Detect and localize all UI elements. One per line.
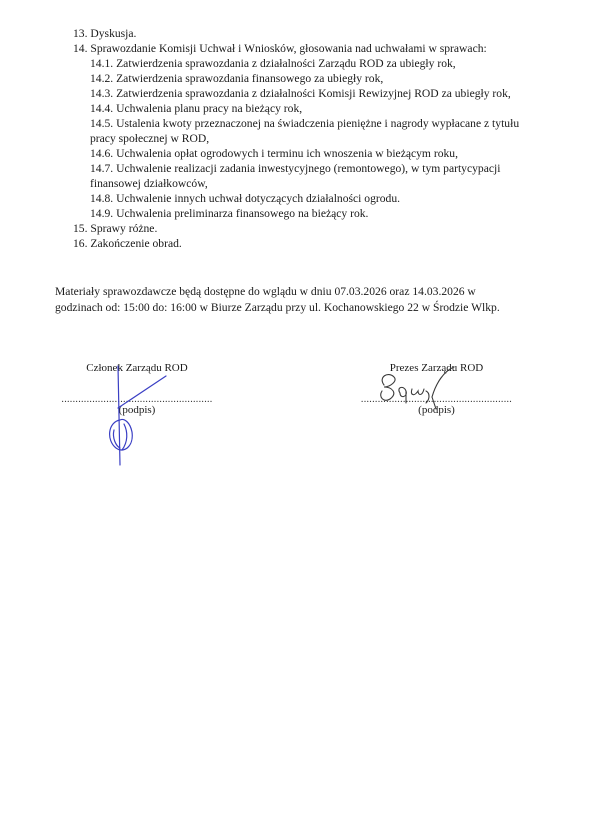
signature-line: ........................................… xyxy=(354,396,519,404)
agenda-subitem-continuation: finansowej działkowców, xyxy=(73,176,553,191)
agenda-subitem: 14.1. Zatwierdzenia sprawozdania z dział… xyxy=(73,56,553,71)
agenda-subitem: 14.8. Uchwalenie innych uchwał dotyczący… xyxy=(73,191,553,206)
agenda-subitem: 14.4. Uchwalenia planu pracy na bieżący … xyxy=(73,101,553,116)
signature-hint: (podpis) xyxy=(354,404,519,416)
signature-line: ........................................… xyxy=(56,396,218,404)
notice-line-2: godzinach od: 15:00 do: 16:00 w Biurze Z… xyxy=(55,300,555,316)
agenda-subitem: 14.6. Uchwalenia opłat ogrodowych i term… xyxy=(73,146,553,161)
document-page: 13. Dyskusja. 14. Sprawozdanie Komisji U… xyxy=(0,0,593,831)
agenda-item: 14. Sprawozdanie Komisji Uchwał i Wniosk… xyxy=(73,41,553,56)
signature-role: Prezes Zarządu ROD xyxy=(354,362,519,374)
agenda-subitem: 14.3. Zatwierdzenia sprawozdania z dział… xyxy=(73,86,553,101)
agenda-subitem: 14.9. Uchwalenia preliminarza finansoweg… xyxy=(73,206,553,221)
notice-line-1: Materiały sprawozdawcze będą dostępne do… xyxy=(55,284,555,300)
agenda-list: 13. Dyskusja. 14. Sprawozdanie Komisji U… xyxy=(73,26,553,251)
agenda-subitem-continuation: pracy społecznej w ROD, xyxy=(73,131,553,146)
materials-notice: Materiały sprawozdawcze będą dostępne do… xyxy=(55,284,555,315)
signature-hint: (podpis) xyxy=(56,404,218,416)
signature-role: Członek Zarządu ROD xyxy=(56,362,218,374)
agenda-subitem: 14.5. Ustalenia kwoty przeznaczonej na ś… xyxy=(73,116,553,131)
agenda-item: 15. Sprawy różne. xyxy=(73,221,553,236)
agenda-item: 16. Zakończenie obrad. xyxy=(73,236,553,251)
signature-block-president: Prezes Zarządu ROD .....................… xyxy=(354,362,519,416)
agenda-subitem: 14.2. Zatwierdzenia sprawozdania finanso… xyxy=(73,71,553,86)
signature-block-member: Członek Zarządu ROD ....................… xyxy=(56,362,218,416)
agenda-item: 13. Dyskusja. xyxy=(73,26,553,41)
agenda-subitem: 14.7. Uchwalenie realizacji zadania inwe… xyxy=(73,161,553,176)
